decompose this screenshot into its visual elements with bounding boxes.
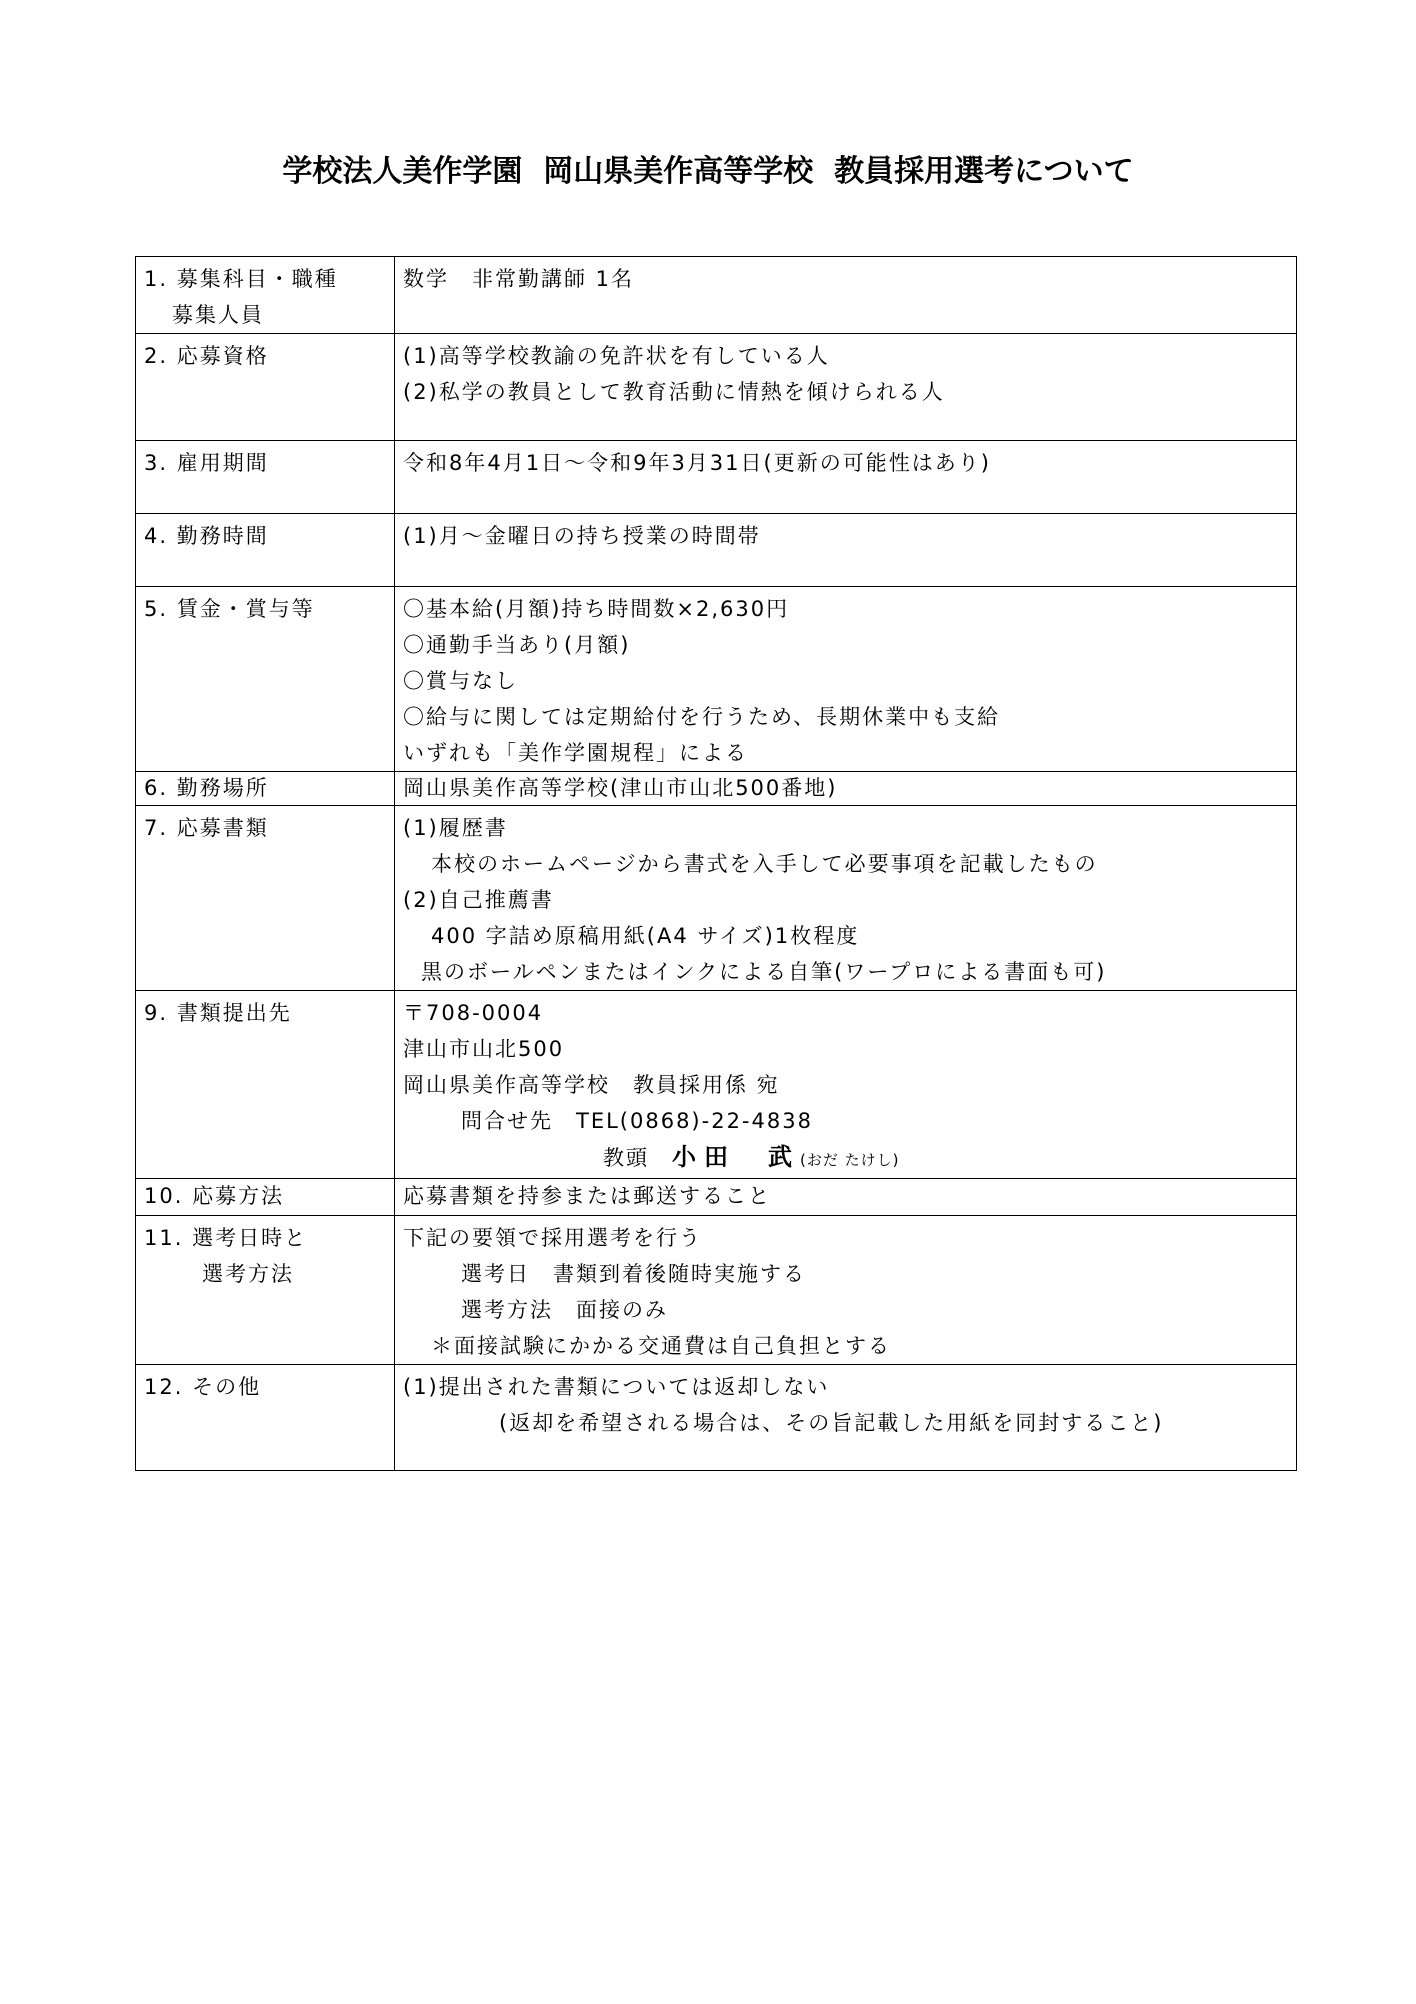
content-line: 〇賞与なし [403, 663, 1288, 699]
content-line: (2)自己推薦書 [403, 882, 1288, 918]
row-label: 4. 勤務時間 [136, 514, 395, 587]
label-line: 5. 賃金・賞与等 [144, 591, 386, 627]
content-line: (1)履歴書 [403, 810, 1288, 846]
content-line: 令和8年4月1日～令和9年3月31日(更新の可能性はあり) [403, 445, 1288, 481]
content-line: 黒のボールペンまたはインクによる自筆(ワープロによる書面も可) [403, 954, 1288, 990]
row-content: 応募書類を持参または郵送すること [395, 1179, 1297, 1216]
table-row-application-method: 10. 応募方法 応募書類を持参または郵送すること [136, 1179, 1297, 1216]
label-line: 6. 勤務場所 [144, 773, 386, 803]
label-line: 3. 雇用期間 [144, 445, 386, 481]
table-row-working-hours: 4. 勤務時間 (1)月～金曜日の持ち授業の時間帯 [136, 514, 1297, 587]
label-line: 7. 応募書類 [144, 810, 386, 846]
row-content: (1)月～金曜日の持ち授業の時間帯 [395, 514, 1297, 587]
row-label: 1. 募集科目・職種 募集人員 [136, 257, 395, 334]
content-line: いずれも「美作学園規程」による [403, 735, 1288, 771]
row-label: 9. 書類提出先 [136, 991, 395, 1179]
content-line: (1)提出された書類については返却しない [403, 1369, 1288, 1405]
row-content: (1)高等学校教諭の免許状を有している人 (2)私学の教員として教育活動に情熱を… [395, 334, 1297, 441]
contact-person: 教頭 小田 武(おだ たけし) [403, 1139, 1288, 1178]
label-line: 1. 募集科目・職種 [144, 261, 386, 297]
content-line: 〇通勤手当あり(月額) [403, 627, 1288, 663]
row-content: 数学 非常勤講師 1名 [395, 257, 1297, 334]
address: 津山市山北500 [403, 1031, 1288, 1067]
content-line: 応募書類を持参または郵送すること [403, 1180, 1288, 1212]
row-label: 3. 雇用期間 [136, 441, 395, 514]
table-row-subject: 1. 募集科目・職種 募集人員 数学 非常勤講師 1名 [136, 257, 1297, 334]
recipient: 岡山県美作高等学校 教員採用係 宛 [403, 1067, 1288, 1103]
content-line: (1)月～金曜日の持ち授業の時間帯 [403, 518, 1288, 554]
document-title: 学校法人美作学園 岡山県美作高等学校 教員採用選考について [0, 146, 1416, 190]
table-row-wages: 5. 賃金・賞与等 〇基本給(月額)持ち時間数×2,630円 〇通勤手当あり(月… [136, 587, 1297, 772]
table-row-other: 12. その他 (1)提出された書類については返却しない (返却を希望される場合… [136, 1365, 1297, 1471]
contact-name: 小田 武 [672, 1143, 800, 1171]
label-line: 2. 応募資格 [144, 338, 386, 374]
contact-title: 教頭 [603, 1146, 649, 1170]
row-label: 6. 勤務場所 [136, 772, 395, 806]
row-content: 〒708-0004 津山市山北500 岡山県美作高等学校 教員採用係 宛 問合せ… [395, 991, 1297, 1179]
postal-code: 〒708-0004 [403, 995, 1288, 1031]
row-label: 2. 応募資格 [136, 334, 395, 441]
content-line: 岡山県美作高等学校(津山市山北500番地) [403, 773, 1288, 803]
table-row-qualification: 2. 応募資格 (1)高等学校教諭の免許状を有している人 (2)私学の教員として… [136, 334, 1297, 441]
contact-reading: (おだ たけし) [800, 1151, 899, 1169]
content-line: 本校のホームページから書式を入手して必要事項を記載したもの [403, 846, 1288, 882]
row-content: (1)履歴書 本校のホームページから書式を入手して必要事項を記載したもの (2)… [395, 806, 1297, 991]
table-row-selection: 11. 選考日時と 選考方法 下記の要領で採用選考を行う 選考日 書類到着後随時… [136, 1216, 1297, 1365]
row-label: 11. 選考日時と 選考方法 [136, 1216, 395, 1365]
content-line: (返却を希望される場合は、その旨記載した用紙を同封すること) [403, 1405, 1288, 1441]
recruitment-table: 1. 募集科目・職種 募集人員 数学 非常勤講師 1名 2. 応募資格 (1)高… [135, 256, 1297, 1471]
content-line: 〇給与に関しては定期給付を行うため、長期休業中も支給 [403, 699, 1288, 735]
row-label: 7. 応募書類 [136, 806, 395, 991]
content-line: (1)高等学校教諭の免許状を有している人 [403, 338, 1288, 374]
content-line: 下記の要領で採用選考を行う [403, 1220, 1288, 1256]
label-line: 選考方法 [144, 1256, 386, 1292]
row-content: (1)提出された書類については返却しない (返却を希望される場合は、その旨記載し… [395, 1365, 1297, 1471]
label-line: 10. 応募方法 [144, 1180, 386, 1212]
label-line: 11. 選考日時と [144, 1220, 386, 1256]
label-line: 4. 勤務時間 [144, 518, 386, 554]
row-label: 10. 応募方法 [136, 1179, 395, 1216]
content-line: 選考方法 面接のみ [403, 1292, 1288, 1328]
content-line: (2)私学の教員として教育活動に情熱を傾けられる人 [403, 374, 1288, 410]
row-content: 岡山県美作高等学校(津山市山北500番地) [395, 772, 1297, 806]
content-line: 選考日 書類到着後随時実施する [403, 1256, 1288, 1292]
row-content: 令和8年4月1日～令和9年3月31日(更新の可能性はあり) [395, 441, 1297, 514]
label-line: 12. その他 [144, 1369, 386, 1405]
table-row-workplace: 6. 勤務場所 岡山県美作高等学校(津山市山北500番地) [136, 772, 1297, 806]
label-line: 9. 書類提出先 [144, 995, 386, 1031]
label-line: 募集人員 [144, 297, 386, 333]
content-line: ＊面接試験にかかる交通費は自己負担とする [403, 1328, 1288, 1364]
row-content: 〇基本給(月額)持ち時間数×2,630円 〇通勤手当あり(月額) 〇賞与なし 〇… [395, 587, 1297, 772]
table-row-submission-address: 9. 書類提出先 〒708-0004 津山市山北500 岡山県美作高等学校 教員… [136, 991, 1297, 1179]
contact-phone: 問合せ先 TEL(0868)-22-4838 [403, 1103, 1288, 1139]
content-line: 数学 非常勤講師 1名 [403, 261, 1288, 297]
content-line: 400 字詰め原稿用紙(A4 サイズ)1枚程度 [403, 918, 1288, 954]
table-row-application-documents: 7. 応募書類 (1)履歴書 本校のホームページから書式を入手して必要事項を記載… [136, 806, 1297, 991]
row-content: 下記の要領で採用選考を行う 選考日 書類到着後随時実施する 選考方法 面接のみ … [395, 1216, 1297, 1365]
row-label: 12. その他 [136, 1365, 395, 1471]
table-row-employment-period: 3. 雇用期間 令和8年4月1日～令和9年3月31日(更新の可能性はあり) [136, 441, 1297, 514]
row-label: 5. 賃金・賞与等 [136, 587, 395, 772]
content-line: 〇基本給(月額)持ち時間数×2,630円 [403, 591, 1288, 627]
